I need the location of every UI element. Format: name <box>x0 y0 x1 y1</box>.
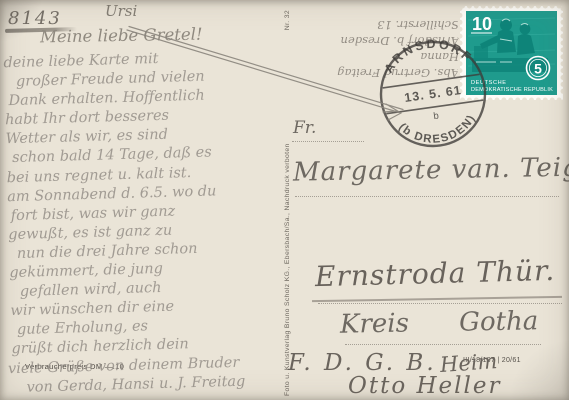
stamp-workers-illustration <box>472 19 548 72</box>
address-guide-line <box>318 303 562 304</box>
stamp-margin <box>460 6 563 100</box>
sender-line: Hanna <box>285 49 459 65</box>
address-district: Kreis Gotha <box>340 306 539 339</box>
postcard-back: Foto u. Kunstverlag Bruno Scholz KG., Eb… <box>0 0 569 400</box>
sender-line: Schillerstr. 13 <box>285 17 459 33</box>
stamp-plan-numeral: 5 <box>527 57 550 80</box>
salutation-line: Meine liebe Gretel! <box>40 25 203 47</box>
address-guide-line <box>345 344 541 345</box>
address-person: Otto Heller <box>348 373 502 399</box>
address-town: Ernstroda Thür. <box>315 254 556 293</box>
name-annotation: Ursi <box>105 2 137 20</box>
handwritten-message: deine liebe Karte mitgroßer Freude und v… <box>3 46 312 398</box>
postmark-region: (b DRESDEN) <box>395 111 481 151</box>
stamp-value: 10 <box>472 14 492 34</box>
address-guide-line <box>295 196 559 197</box>
svg-text:5: 5 <box>534 61 542 77</box>
stamp-country-1: DEUTSCHE <box>471 80 507 86</box>
svg-text:(b DRESDEN): (b DRESDEN) <box>395 111 481 151</box>
stamp-country-2: DEMOKRATISCHE REPUBLIK <box>471 87 553 93</box>
pencil-underline <box>312 296 562 302</box>
sender-address-upside-down: Abs. Gertrud FreitagHannaArnsdorf b. Dre… <box>285 5 459 81</box>
sender-line: Arnsdorf b. Dresden <box>285 33 459 49</box>
postage-stamp: 10 5 DEUTSCHE DEMOKRATISCHE REPUBLIK <box>460 6 563 100</box>
stamp-texture <box>468 18 555 66</box>
postmark-date: 13. 5. 61 <box>403 83 462 105</box>
sender-line: Abs. Gertrud Freitag <box>285 65 459 81</box>
stamp-panel <box>466 11 557 95</box>
address-prefix: Fr. <box>293 118 316 138</box>
stamp-perforation <box>458 4 566 103</box>
postmark-letter: b <box>433 110 440 122</box>
postal-code-note: 8143 <box>8 8 62 29</box>
address-recipient-name: Margarete van. Teige <box>293 152 569 187</box>
